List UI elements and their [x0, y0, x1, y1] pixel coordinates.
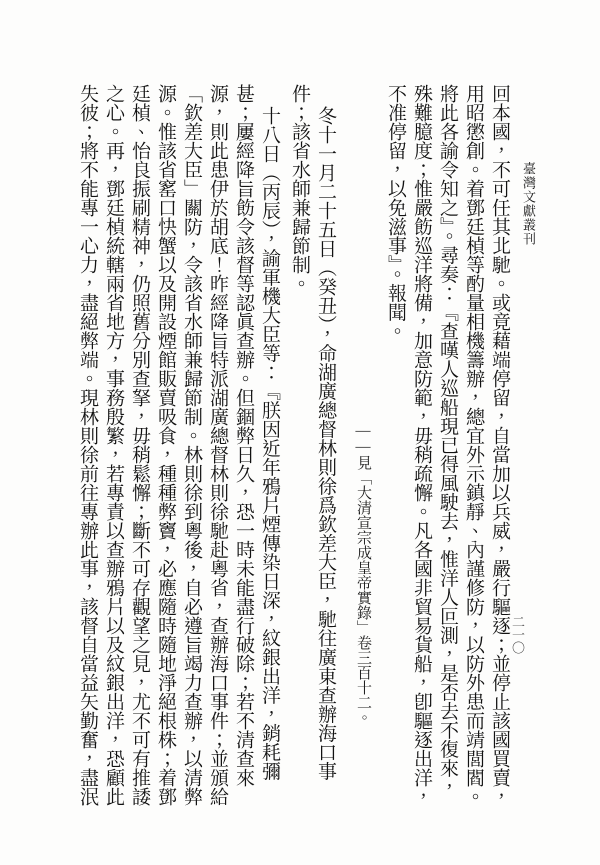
- text-column: 源。惟該省窰口快蟹以及開設煙館販賣吸食，種種弊竇，必應隨時隨地淨絕根株；着鄧: [152, 84, 178, 810]
- text-column: 件；該省水師兼歸節制。: [286, 84, 312, 810]
- text-column: 將此各諭令知之』。尋奏：『查嘆人巡船現已得風駛去，惟洋人叵測，是否去不復來，: [434, 84, 460, 810]
- scanned-book-page: 臺灣文獻叢刊 二一〇 回本國，不可任其北馳。或竟藉端停留，自當加以兵威，嚴行驅逐…: [0, 0, 600, 865]
- text-column: 十八日（丙辰），諭軍機大臣等：『朕因近年鴉片煙傳染日深，紋銀出洋，銷耗彌: [256, 84, 282, 810]
- text-column: 用昭懲創。着鄧廷楨等酌量相機籌辦，總宜外示鎮靜、內謹修防，以防外患而靖閭閻。: [460, 84, 486, 810]
- text-column: 回本國，不可任其北馳。或竟藉端停留，自當加以兵威，嚴行驅逐；並停止該國買賣，: [486, 84, 512, 810]
- text-column: 冬十一月二十五日（癸丑），命湖廣總督林則徐爲欽差大臣，馳往廣東查辦海口事: [312, 84, 338, 810]
- running-title: 臺灣文獻叢刊: [519, 162, 538, 246]
- text-column: 源，則此患伊於胡底！昨經降旨特派湖廣總督林則徐馳赴粵省，查辦海口事件；並頒給: [204, 84, 230, 810]
- text-column: 殊難臆度；惟嚴飭巡洋將備，加意防範，毋稍疏懈。凡各國非貿易貨船，卽驅逐出洋，: [408, 84, 434, 810]
- text-column: 甚；屢經降旨飭令該督等認眞查辦。但錮弊日久，恐一時未能盡行破除；若不清查來: [230, 84, 256, 810]
- text-column: 不准停留，以免滋事』。報聞。: [382, 84, 408, 810]
- text-block: 回本國，不可任其北馳。或竟藉端停留，自當加以兵威，嚴行驅逐；並停止該國買賣，用昭…: [74, 84, 512, 810]
- text-column: 「欽差大臣」關防，令該省水師兼歸節制。林則徐到粵後，自必遵旨竭力查辦，以清弊: [178, 84, 204, 810]
- text-column: 失彼；將不能專一心力，盡絕弊端。現林則徐前往專辦此事，該督自當益矢勤奮，盡泯: [74, 84, 100, 810]
- text-column: 廷楨、怡良振刷精神，仍照舊分別查拏，毋稍鬆懈；斷不可存觀望之見，尤不可有推諉: [126, 84, 152, 810]
- text-column: 之心。再，鄧廷楨統轄兩省地方，事務殷繁，若專責以查辦鴉片以及紋銀出洋，恐顧此: [100, 84, 126, 810]
- source-citation-column: ——見「大清宣宗成皇帝實錄」卷三百十二。: [350, 84, 376, 810]
